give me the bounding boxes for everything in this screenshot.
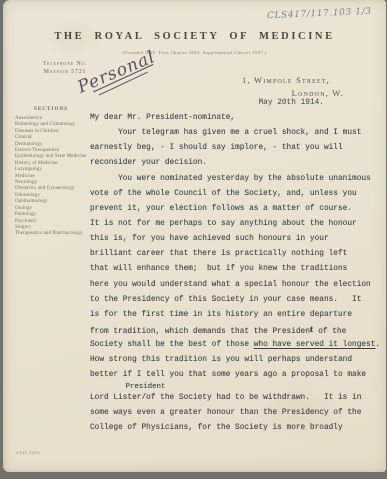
- printer-code: 4444 2254: [16, 450, 40, 455]
- body-line-text: .: [375, 341, 380, 349]
- body-line-text: from tradition, which demands that the P…: [90, 328, 310, 336]
- body-line: reconsider your decision.: [90, 156, 380, 171]
- body-line-text: is for the first time in its history an …: [90, 311, 352, 319]
- interlinear-insertion-line: President: [90, 383, 380, 391]
- body-line: to the Presidency of this Society in you…: [90, 293, 380, 308]
- body-line: Your telegram has given me a cruel shock…: [90, 126, 380, 141]
- body-line: How strong this tradition is you will pe…: [90, 353, 380, 368]
- body-line: You were nominated yesterday by the abso…: [90, 172, 380, 187]
- telephone-label: Telephone No.: [25, 60, 105, 68]
- letter-paper: CLS417/117.103 1/3 THE ROYAL SOCIETY OF …: [3, 0, 386, 472]
- body-line: College of Physicians, for the Society i…: [90, 421, 380, 436]
- correction-text: t: [309, 322, 314, 337]
- body-line-text: here you would understand what a special…: [90, 281, 371, 289]
- body-line-text: earnestly beg, - I should say implore, -…: [90, 144, 343, 152]
- body-line-text: this is, for you have achieved such hono…: [90, 235, 329, 243]
- section-item: Epidemiology and State Medicine: [15, 154, 87, 160]
- address-street: 1, Wimpole Street,: [242, 75, 330, 85]
- body-line: earnestly beg, - I should say implore, -…: [90, 141, 380, 156]
- body-line-text: Lord Lister/of the Society had to be wit…: [90, 394, 361, 402]
- letterhead-subtitle: (Founded 1805. First Charter 1834. Suppl…: [3, 50, 386, 55]
- body-line: vote of the whole Council of the Society…: [90, 187, 380, 202]
- body-line: prevent it, your election follows as a m…: [90, 202, 380, 217]
- body-line: better if I tell you that some years ago…: [90, 368, 380, 383]
- section-item: Therapeutics and Pharmacology: [15, 231, 87, 237]
- body-line-text: some ways even a greater honour than the…: [90, 409, 361, 417]
- body-line: Lord Lister/of the Society had to be wit…: [90, 391, 380, 406]
- address-city: London, W.: [292, 88, 344, 98]
- body-line-text: My dear Mr. President-nominate,: [90, 114, 235, 122]
- body-line: that will enhance them; but if you knew …: [90, 262, 380, 277]
- archive-reference-annotation: CLS417/117.103 1/3: [267, 7, 372, 22]
- body-line-text: better if I tell you that some years ago…: [90, 371, 366, 379]
- body-line-text: College of Physicians, for the Society i…: [90, 424, 343, 432]
- body-line: Society shall be the best of those who h…: [90, 338, 380, 353]
- body-line-text: It is not for me perhaps to say anything…: [90, 220, 357, 228]
- underline-text: who have served it longest: [254, 341, 376, 349]
- body-line-text: President: [90, 383, 165, 391]
- body-line: brilliant career that there is practical…: [90, 247, 380, 262]
- body-line-text: Society shall be the best of those: [90, 341, 254, 349]
- letter-date: May 20th 1914.: [258, 99, 324, 107]
- body-line-text: How strong this tradition is you will pe…: [90, 356, 352, 364]
- body-line: here you would understand what a special…: [90, 278, 380, 293]
- body-line-text: brilliant career that there is practical…: [90, 250, 347, 258]
- letterhead-title: THE ROYAL SOCIETY OF MEDICINE: [3, 31, 386, 42]
- body-line-text: that will enhance them; but if you knew …: [90, 265, 347, 273]
- body-line-text: reconsider your decision.: [90, 159, 207, 167]
- body-line-text: of the: [314, 328, 347, 336]
- body-line: from tradition, which demands that the P…: [90, 323, 380, 338]
- sections-heading: SECTIONS: [15, 106, 87, 112]
- body-line: It is not for me perhaps to say anything…: [90, 217, 380, 232]
- sections-block: SECTIONS AnaestheticsBalneology and Clim…: [15, 106, 87, 238]
- sections-list: AnaestheticsBalneology and ClimatologyDi…: [15, 116, 87, 238]
- body-line-text: to the Presidency of this Society in you…: [90, 296, 361, 304]
- body-line: some ways even a greater honour than the…: [90, 406, 380, 421]
- letter-body: My dear Mr. President-nominate, Your tel…: [90, 111, 380, 436]
- handwritten-personal-note: Personal: [75, 47, 162, 105]
- body-line: My dear Mr. President-nominate,: [90, 111, 380, 126]
- body-line-text: You were nominated yesterday by the abso…: [90, 175, 371, 183]
- body-line-text: vote of the whole Council of the Society…: [90, 190, 357, 198]
- body-line: this is, for you have achieved such hono…: [90, 232, 380, 247]
- body-line-text: prevent it, your election follows as a m…: [90, 205, 352, 213]
- body-line-text: Your telegram has given me a cruel shock…: [90, 129, 361, 137]
- body-line: is for the first time in its history an …: [90, 308, 380, 323]
- scanned-letter-page: CLS417/117.103 1/3 THE ROYAL SOCIETY OF …: [0, 0, 387, 479]
